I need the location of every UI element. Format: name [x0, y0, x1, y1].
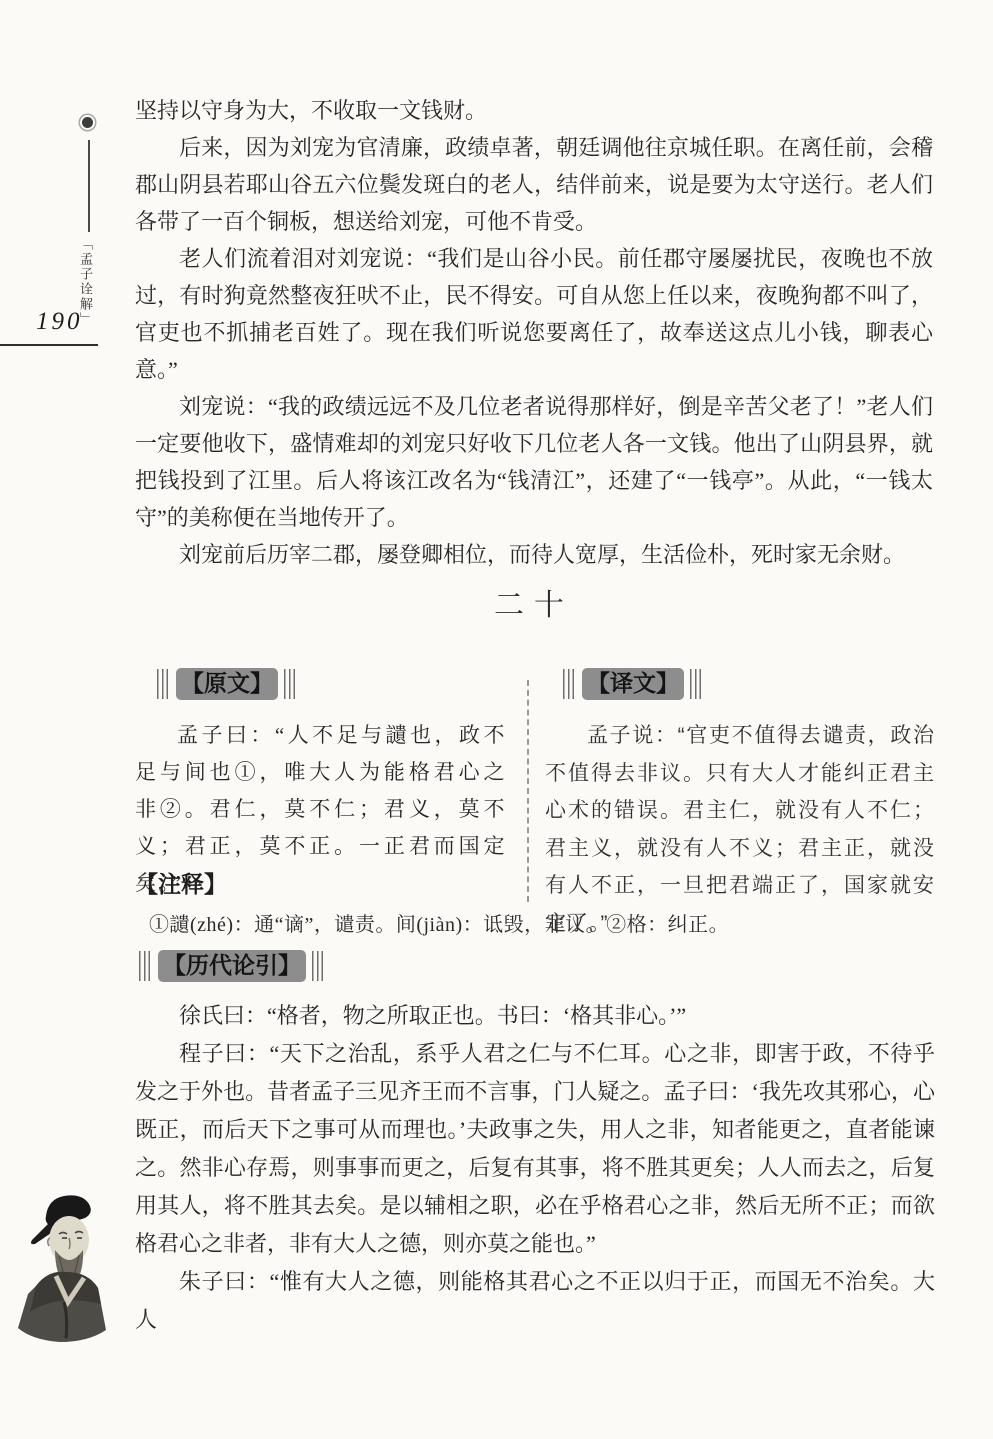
annotation-text: ①讉(zhé)：通“谪”，谴责。间(jiàn)：诋毁，非议。②格：纠正。	[135, 908, 935, 937]
original-section-label: 【原文】	[176, 668, 278, 700]
citations-block: 徐氏曰：“格者，物之所取正也。书曰：‘格其非心。’” 程子曰：“天下之治乱，系乎…	[135, 997, 935, 1339]
translation-section-label: 【译文】	[582, 668, 684, 700]
chapter-title: 二十	[135, 580, 933, 624]
story-paragraph: 老人们流着泪对刘宠说：“我们是山谷小民。前任郡守屡屡扰民，夜晚也不放过，有时狗竟…	[135, 240, 933, 388]
annotation-section-label: 【注释】	[135, 866, 935, 899]
mencius-portrait-illustration	[6, 1186, 116, 1346]
translation-header: 【译文】	[545, 668, 935, 700]
story-block: 坚持以守身为大，不收取一文钱财。 后来，因为刘宠为官清廉，政绩卓著，朝廷调他往京…	[135, 92, 933, 573]
original-header: 【原文】	[135, 668, 507, 700]
story-paragraph: 坚持以守身为大，不收取一文钱财。	[135, 92, 933, 129]
story-paragraph: 刘宠前后历宰二郡，屡登卿相位，而待人宽厚，生活俭朴，死时家无余财。	[135, 536, 933, 573]
hatch-lines-icon	[284, 669, 297, 699]
story-paragraph: 刘宠说：“我的政绩远远不及几位老者说得那样好，倒是辛苦父老了！”老人们一定要他收…	[135, 388, 933, 536]
hatch-lines-icon	[690, 669, 703, 699]
margin-rule	[0, 344, 98, 346]
hatch-lines-icon	[312, 951, 325, 981]
book-page: 「孟子诠解」 190 坚持以守身为大，不收取一文钱财。 后来，因为刘宠为官清廉，…	[0, 0, 993, 1439]
margin-vertical-line	[88, 140, 90, 232]
hatch-lines-icon	[563, 669, 576, 699]
hatch-lines-icon	[139, 951, 152, 981]
annotation-section: 【注释】 ①讉(zhé)：通“谪”，谴责。间(jiàn)：诋毁，非议。②格：纠正…	[135, 866, 935, 937]
page-number: 190	[36, 308, 83, 336]
story-paragraph: 后来，因为刘宠为官清廉，政绩卓著，朝廷调他往京城任职。在离任前，会稽郡山阴县若耶…	[135, 129, 933, 240]
ornament-dot-icon	[82, 117, 93, 128]
citations-section-label: 【历代论引】	[158, 950, 306, 982]
citation-paragraph: 程子曰：“天下之治乱，系乎人君之仁与不仁耳。心之非，即害于政，不待乎发之于外也。…	[135, 1035, 935, 1263]
citations-header: 【历代论引】	[135, 950, 325, 982]
hatch-lines-icon	[157, 669, 170, 699]
citation-paragraph: 朱子曰：“惟有大人之德，则能格其君心之不正以归于正，而国无不治矣。大人	[135, 1263, 935, 1339]
citation-paragraph: 徐氏曰：“格者，物之所取正也。书曰：‘格其非心。’”	[135, 997, 935, 1035]
